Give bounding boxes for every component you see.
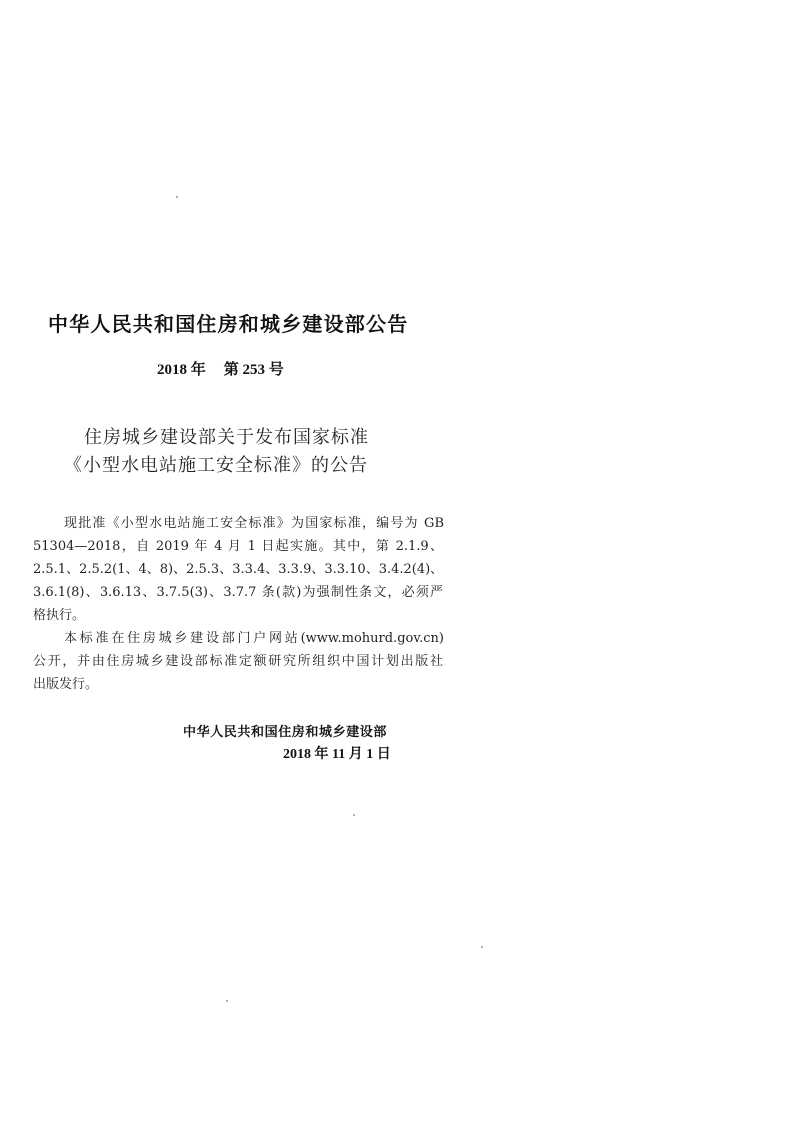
scan-speck (226, 1000, 228, 1002)
paragraph-line: 出版发行。 (33, 673, 443, 692)
signature-date: 2018 年 11 月 1 日 (283, 743, 391, 763)
subject-line-1: 住房城乡建设部关于发布国家标准 (84, 423, 369, 449)
paragraph-line: 现批准《小型水电站施工安全标准》为国家标准，编号为 GB (64, 512, 444, 531)
announcement-year: 2018 年 (157, 362, 206, 378)
scan-speck (353, 814, 355, 816)
paragraph-line: 公开，并由住房城乡建设部标准定额研究所组织中国计划出版社 (33, 650, 443, 669)
signature-organization: 中华人民共和国住房和城乡建设部 (183, 721, 387, 740)
scan-speck (481, 946, 483, 948)
ministry-title: 中华人民共和国住房和城乡建设部公告 (48, 308, 408, 337)
paragraph-line: 本标准在住房城乡建设部门户网站(www.mohurd.gov.cn) (64, 627, 444, 646)
paragraph-line: 2.5.1、2.5.2(1、4、8)、2.5.3、3.3.4、3.3.9、3.3… (33, 558, 443, 577)
announcement-number: 2018 年第 253 号 (157, 358, 284, 379)
paragraph-line: 51304—2018，自 2019 年 4 月 1 日起实施。其中，第 2.1.… (33, 535, 443, 554)
scan-speck (176, 196, 178, 198)
paragraph-line: 3.6.1(8)、3.6.13、3.7.5(3)、3.7.7 条(款)为强制性条… (33, 581, 443, 600)
paragraph-line: 格执行。 (33, 604, 443, 623)
subject-line-2: 《小型水电站施工安全标准》的公告 (64, 451, 368, 477)
announcement-serial: 第 253 号 (224, 362, 284, 378)
